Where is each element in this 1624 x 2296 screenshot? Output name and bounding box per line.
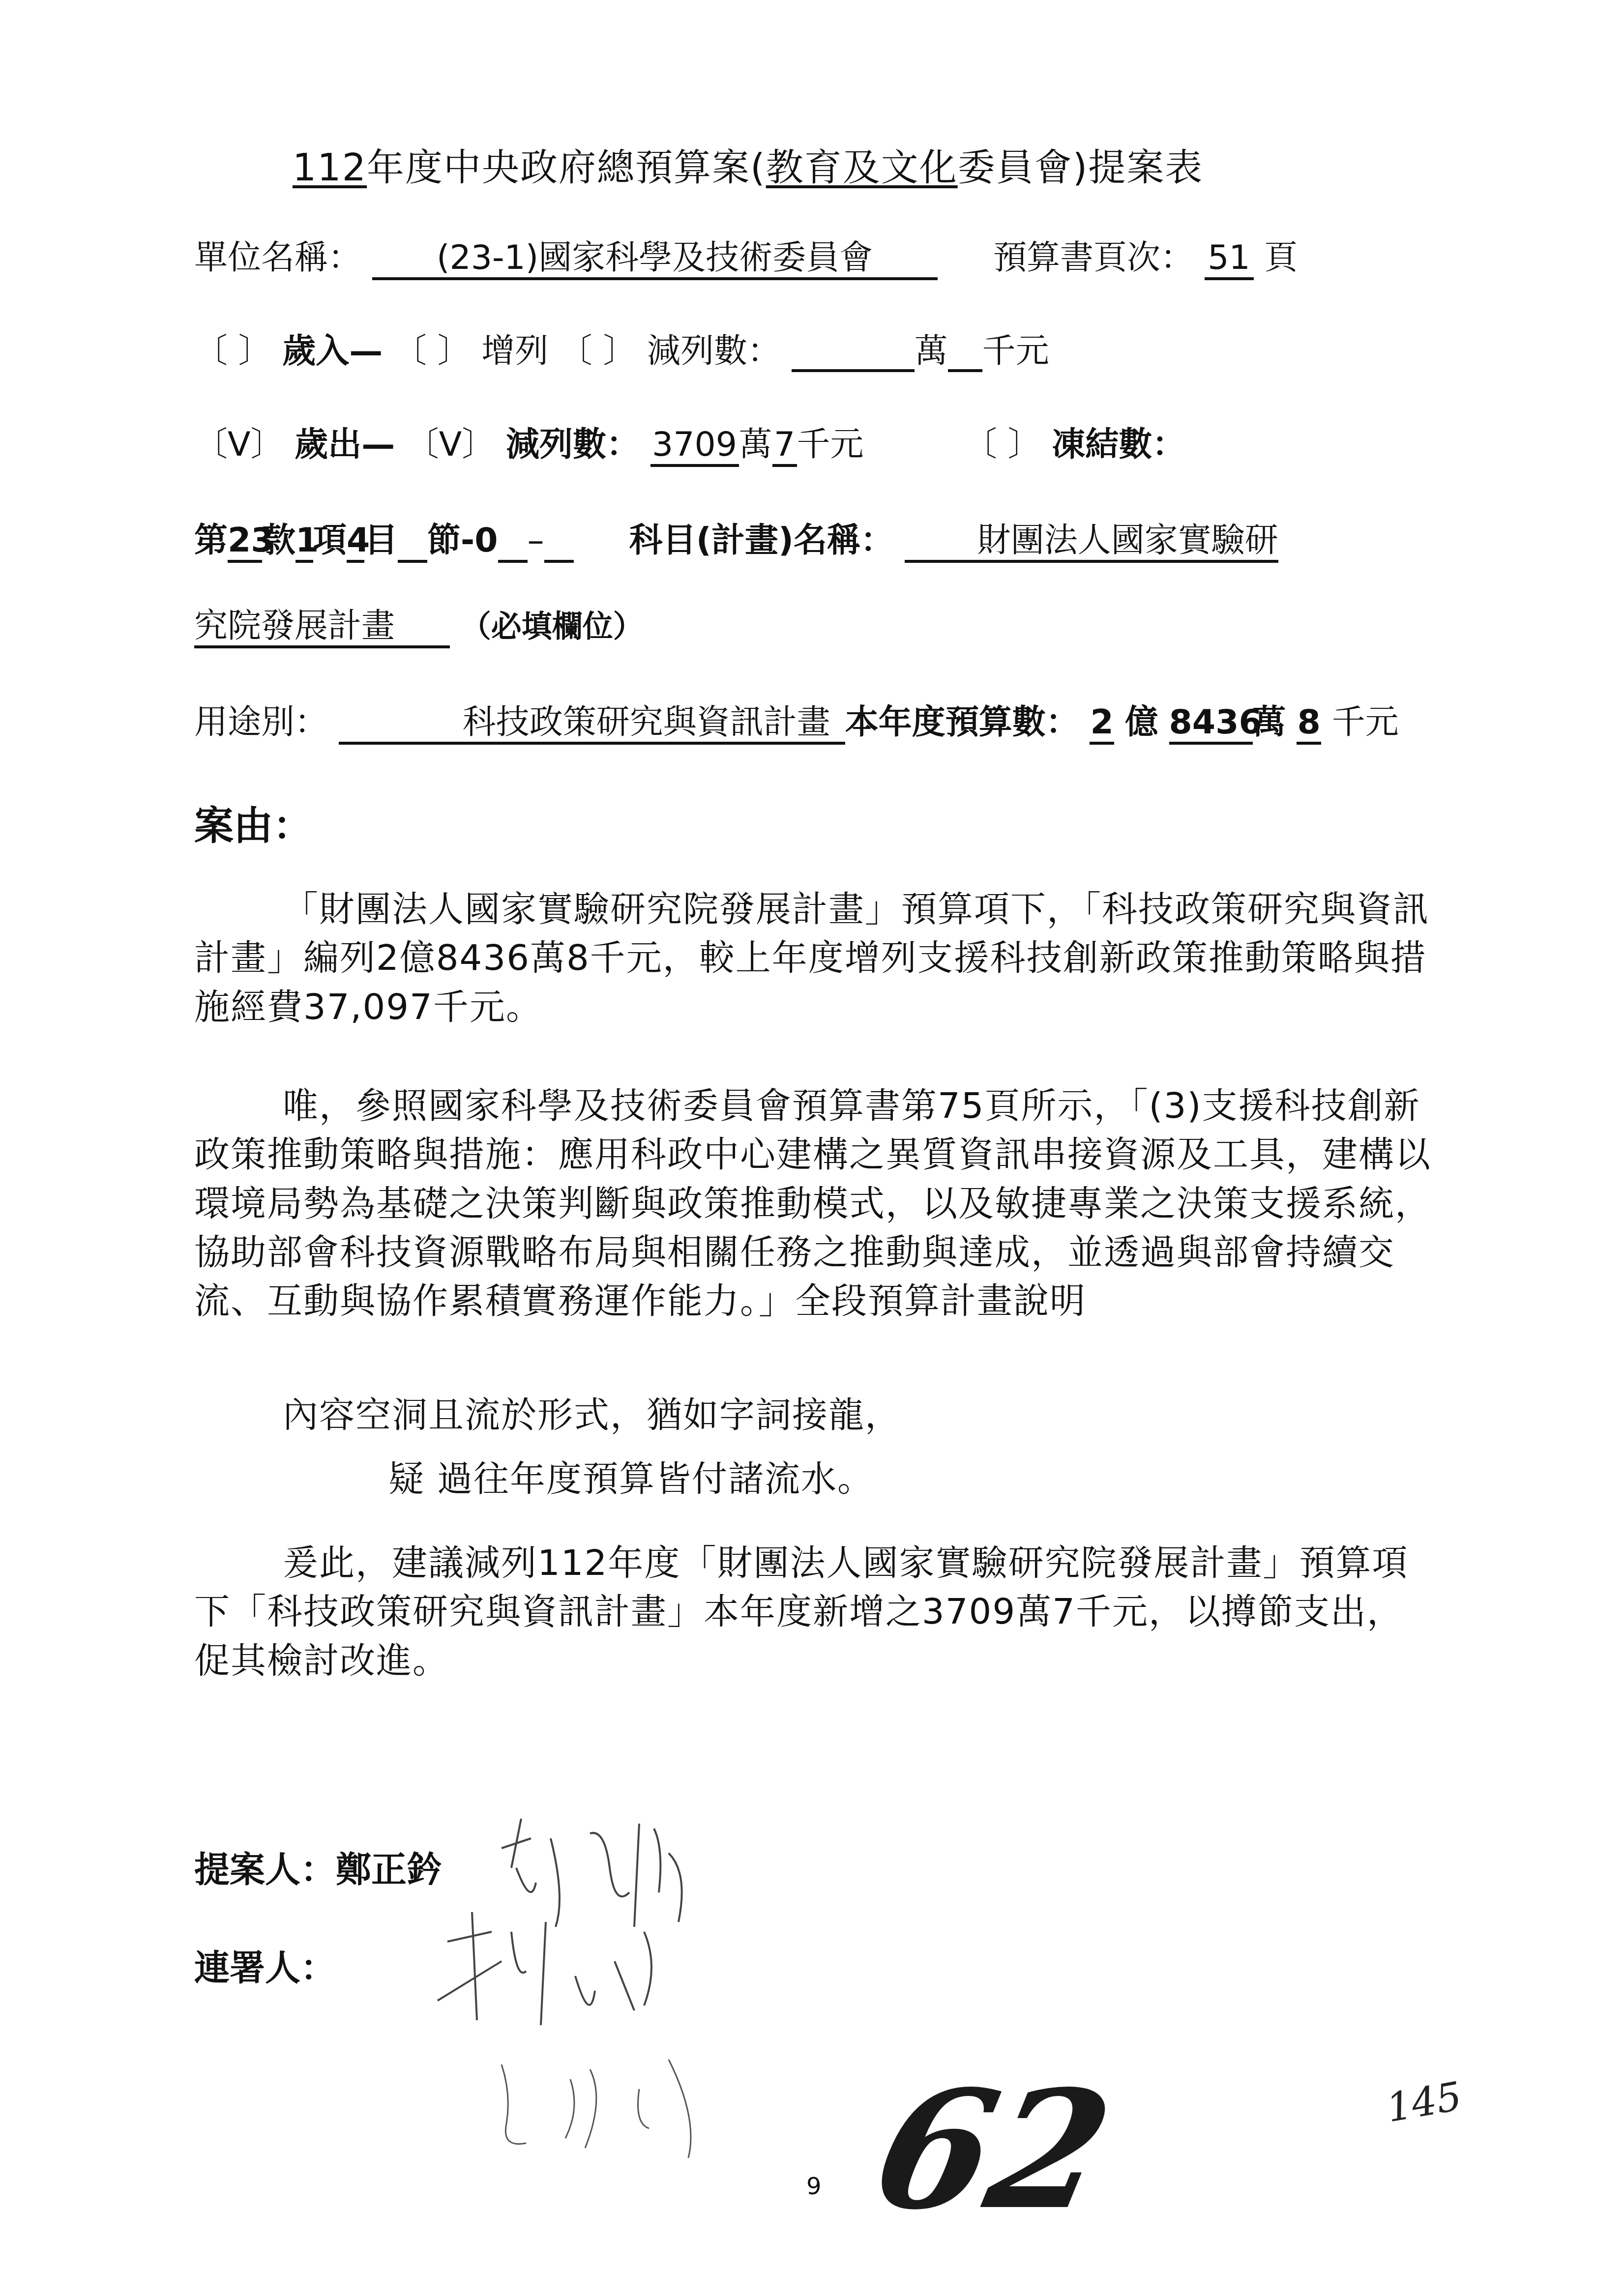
proposer-label: 提案人： [194,1849,336,1890]
revenue-wan-unit: 萬 [915,332,948,371]
title-committee: 教育及文化 [766,145,958,189]
reason-paragraph-1: 「財團法人國家實驗研究院發展計畫」預算項下，「科技政策研究與資訊計畫」編列2億8… [194,885,1433,1031]
account-mu-unit: 目 [364,521,398,560]
page-value: 51 [1205,239,1254,280]
cosigner-label: 連署人： [194,1939,336,1990]
page-number: 9 [806,2173,822,2200]
expense-label: 歲出— [295,425,395,464]
expense-line: 〔V〕 歲出— 〔V〕 減列數： 3709萬7千元 〔 〕 凍結數： [194,418,1185,467]
cosigner-signature-2 [492,2050,885,2178]
proposer-line: 提案人：鄭正鈐 [194,1841,442,1892]
reason-handwritten-edit-2: 疑 過往年度預算皆付諸流水。 [388,1450,874,1501]
budget-wan-unit: 萬 [1253,703,1286,742]
purpose-line: 用途別： 科技政策研究與資訊計畫本年度預算數： 2 億 8436萬 8 千元 [194,696,1399,745]
expense-qian-unit: 千元 [797,425,864,464]
handwritten-number-145: 145 [1383,2073,1465,2131]
reason-paragraph-2: 唯，參照國家科學及技術委員會預算書第75頁所示，「(3)支援科技創新政策推動策略… [194,1081,1433,1326]
budget-yi-unit: 億 [1125,703,1158,742]
freeze-checkbox: 〔 〕 [964,425,1041,464]
expense-decrease-checkbox: 〔V〕 [406,425,496,464]
expense-checkbox: 〔V〕 [194,425,284,464]
reason-paragraph-3: 爰此，建議減列112年度「財團法人國家實驗研究院發展計畫」預算項下「科技政策研究… [194,1539,1433,1685]
expense-wan-unit: 萬 [739,425,772,464]
subject-label: 科目(計畫)名稱： [629,521,894,560]
budget-yi-value: 2 [1090,703,1114,745]
account-mu: 4 [347,522,364,563]
account-line: 第23款1項4目節-0– 科目(計畫)名稱： 財團法人國家實驗研 [194,514,1278,563]
expense-decrease-label: 減列數： [506,425,640,464]
account-kuan-unit: 款 [262,521,295,560]
subject-value-1: 財團法人國家實驗研 [905,522,1278,563]
account-tail-2 [544,524,574,563]
revenue-wan-value [792,334,915,372]
account-kuan: 23 [228,522,262,563]
account-jie-unit: 節-0 [427,521,498,560]
revenue-checkbox: 〔 〕 [194,332,272,371]
reason-heading: 案由： [194,794,312,850]
unit-label: 單位名稱： [194,238,361,277]
revenue-line: 〔 〕 歲入— 〔 〕 增列 〔 〕 減列數： 萬千元 [194,324,1049,372]
budget-qian-unit: 千元 [1332,703,1399,742]
purpose-value: 科技政策研究與資訊計畫 [339,703,845,745]
reason-handwritten-edit-1: 內容空洞且流於形式，猶如字詞接龍， [283,1386,901,1437]
budget-wan-value: 8436 [1169,703,1253,745]
account-xiang-unit: 項 [313,521,347,560]
unit-value: (23-1)國家科學及技術委員會 [372,239,938,280]
page-suffix: 頁 [1264,238,1298,277]
account-tail-1 [498,524,528,563]
required-note: （必填欄位） [461,609,644,644]
revenue-increase-label: 增列 [481,332,548,371]
account-jie [398,524,427,563]
revenue-decrease-checkbox: 〔 〕 [559,332,637,371]
unit-line: 單位名稱： (23-1)國家科學及技術委員會 預算書頁次： 51 頁 [194,231,1298,280]
revenue-decrease-label: 減列數： [647,332,781,371]
cosigner-signature-1 [428,1902,821,2030]
proposer-name: 鄭正鈐 [336,1849,442,1890]
subject-line-2: 究院發展計畫 （必填欄位） [194,602,644,648]
title-text-2: 委員會)提案表 [958,145,1204,189]
form-title: 112年度中央政府總預算案(教育及文化委員會)提案表 [293,138,1203,191]
title-year: 112 [293,145,367,189]
revenue-label: 歲入— [282,332,383,371]
revenue-qian-unit: 千元 [982,332,1049,371]
expense-qian-value: 7 [772,426,797,467]
account-dash: – [528,521,544,560]
expense-wan-value: 3709 [650,426,739,467]
revenue-qian-value [948,334,982,372]
account-prefix: 第 [194,521,228,560]
account-xiang: 1 [295,522,313,563]
revenue-increase-checkbox: 〔 〕 [393,332,471,371]
purpose-label: 用途別： [194,703,328,742]
handwritten-number-62: 62 [860,2055,1126,2245]
budget-qian-value: 8 [1297,703,1321,745]
page-label: 預算書頁次： [993,238,1194,277]
subject-value-2: 究院發展計畫 [194,607,450,648]
budget-label: 本年度預算數： [845,703,1079,742]
freeze-label: 凍結數： [1052,425,1185,464]
title-text-1: 年度中央政府總預算案( [367,145,766,189]
